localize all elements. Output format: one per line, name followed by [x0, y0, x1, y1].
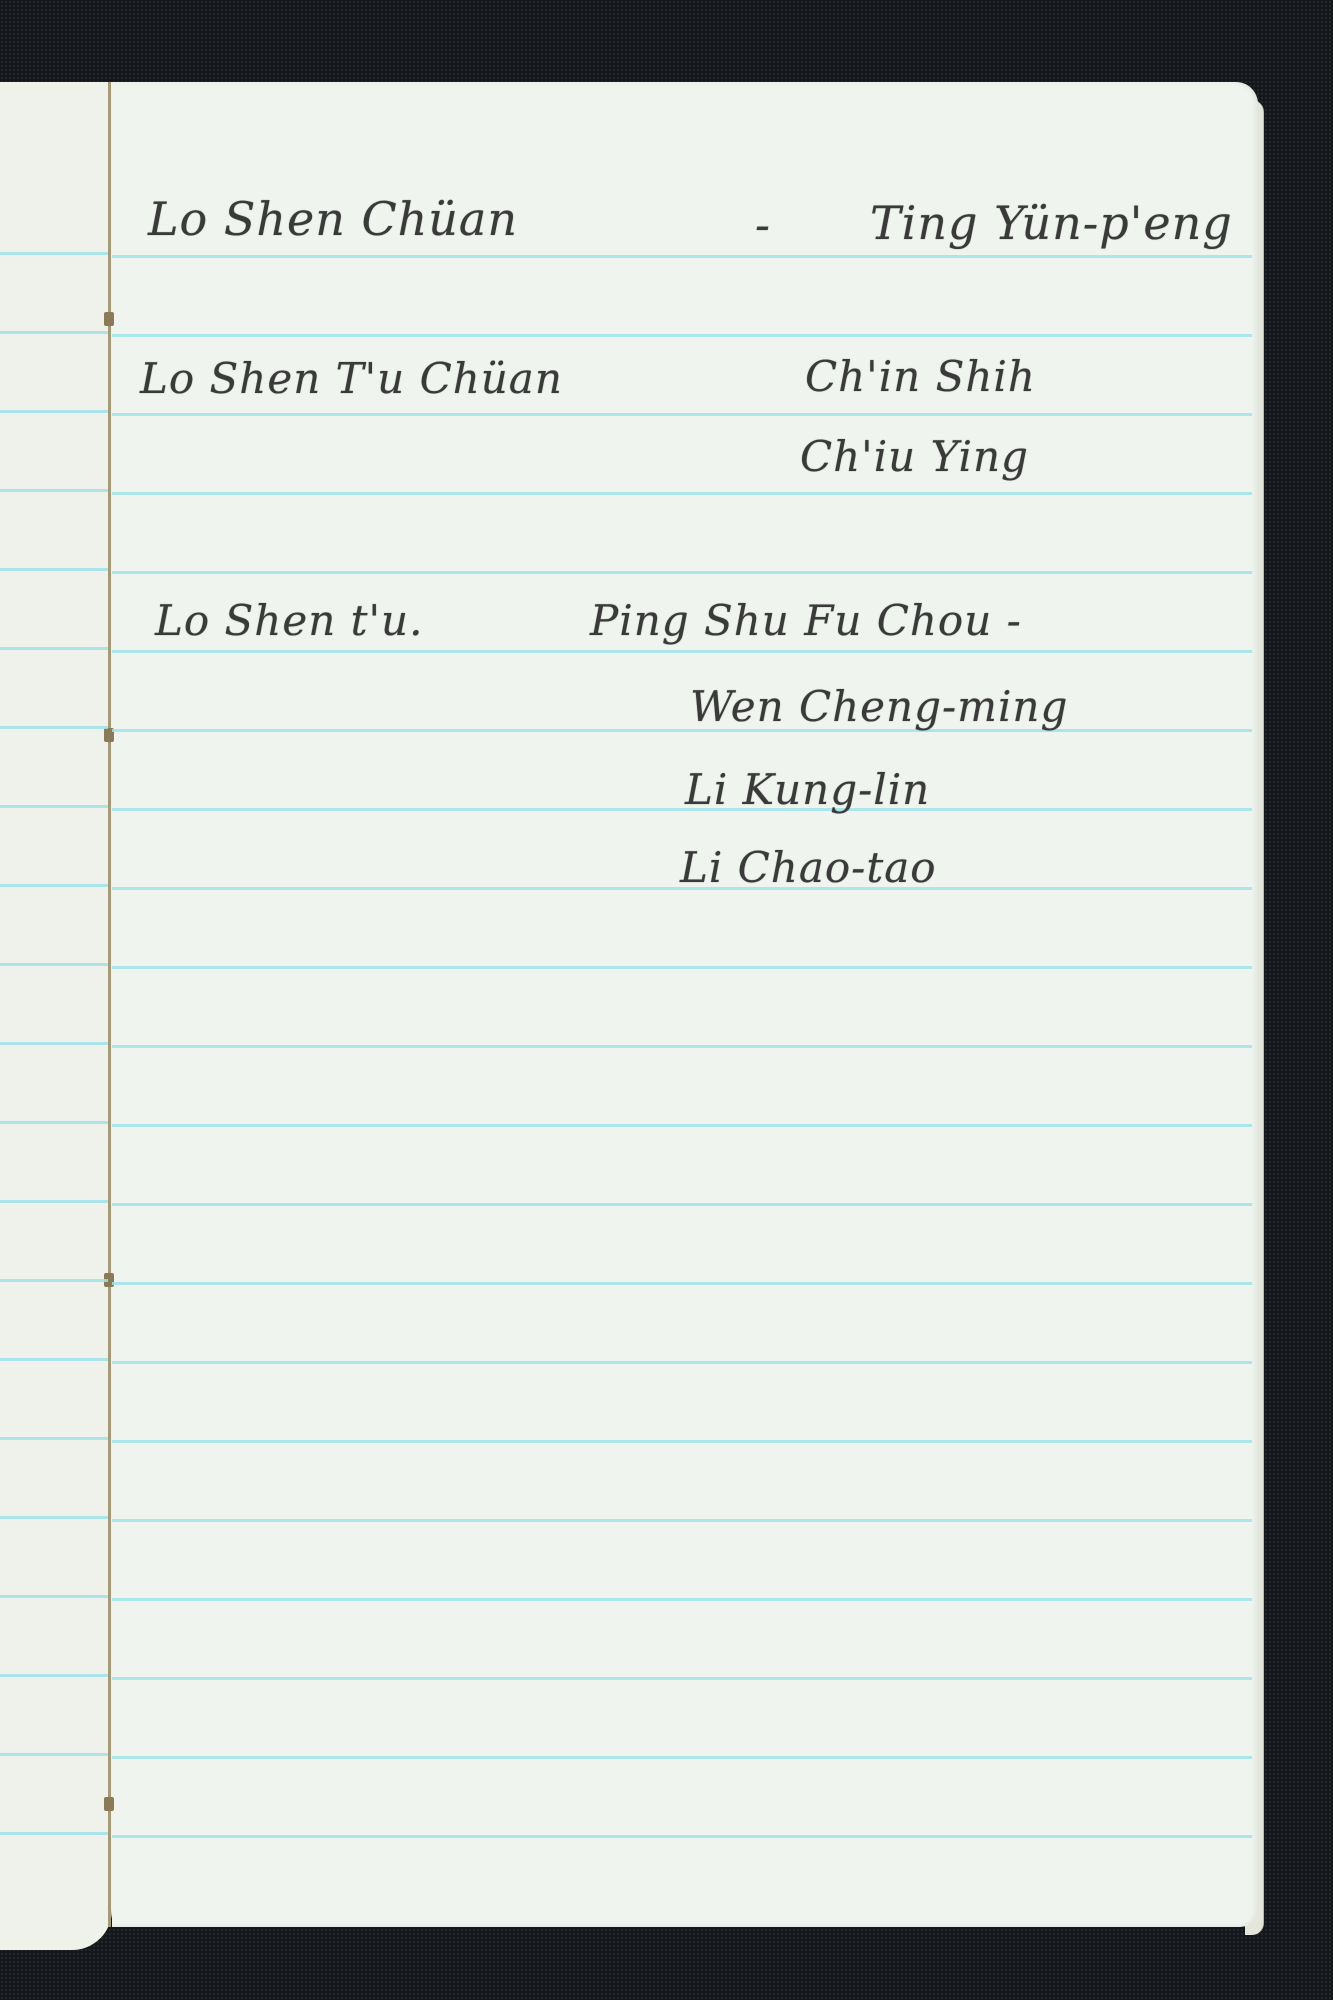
rule-line [112, 571, 1252, 574]
entry-1-artist: Ting Yün-p'eng [870, 196, 1233, 250]
rule-line [112, 255, 1252, 258]
rule-line [112, 1835, 1252, 1838]
rule-line [0, 1516, 108, 1519]
rule-line [0, 726, 108, 729]
rule-line [0, 805, 108, 808]
rule-line [112, 1756, 1252, 1759]
rule-line [112, 1282, 1252, 1285]
rule-line [0, 647, 108, 650]
rule-line [112, 334, 1252, 337]
entry-3-work: Ping Shu Fu Chou - [590, 596, 1022, 645]
rule-line [0, 1042, 108, 1045]
rule-line [112, 1361, 1252, 1364]
rule-line [0, 489, 108, 492]
rule-line [112, 1519, 1252, 1522]
rule-line [112, 1045, 1252, 1048]
rule-line [112, 729, 1252, 732]
rule-line [112, 1203, 1252, 1206]
entry-1-separator: - [755, 200, 771, 251]
rule-line [112, 650, 1252, 653]
binding-stitch [104, 312, 114, 326]
entry-2-artist-2: Ch'iu Ying [800, 432, 1029, 481]
rule-line [0, 884, 108, 887]
rule-line [112, 808, 1252, 811]
rule-line [0, 1437, 108, 1440]
rule-line [112, 413, 1252, 416]
rule-line [112, 1598, 1252, 1601]
rule-line [0, 1279, 108, 1282]
rule-line [0, 1358, 108, 1361]
rule-line [112, 492, 1252, 495]
entry-3-title: Lo Shen t'u. [155, 596, 423, 645]
binding-gutter [108, 82, 111, 1927]
rule-line [0, 1121, 108, 1124]
rule-line [0, 963, 108, 966]
rule-line [112, 1124, 1252, 1127]
entry-3-artist-1: Wen Cheng-ming [690, 682, 1068, 731]
rule-line [0, 410, 108, 413]
left-page [0, 82, 112, 1950]
entry-2-artist-1: Ch'in Shih [805, 352, 1036, 401]
rule-line [0, 331, 108, 334]
entry-1-title: Lo Shen Chüan [148, 192, 518, 246]
rule-line [0, 252, 108, 255]
binding-stitch [104, 1797, 114, 1811]
rule-line [112, 966, 1252, 969]
rule-line [112, 1440, 1252, 1443]
rule-line [0, 1832, 108, 1835]
rule-line [0, 568, 108, 571]
rule-line [0, 1753, 108, 1756]
entry-3-artist-3: Li Chao-tao [680, 843, 937, 892]
rule-line [112, 1677, 1252, 1680]
rule-line [0, 1200, 108, 1203]
entry-3-artist-2: Li Kung-lin [685, 765, 930, 814]
rule-line [0, 1674, 108, 1677]
rule-line [0, 1595, 108, 1598]
entry-2-title: Lo Shen T'u Chüan [140, 354, 563, 403]
